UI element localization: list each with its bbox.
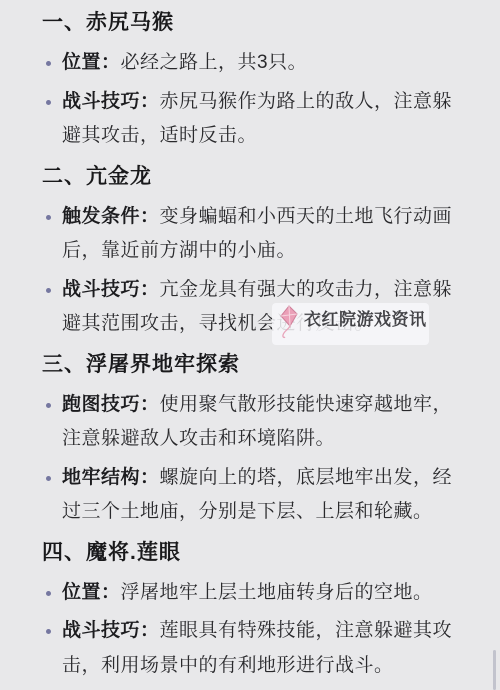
watermark-text: 衣红院游戏资讯 [304,310,427,330]
bullet-dot [46,100,51,105]
bullet-text: 亢金龙具有强大的攻击力，注意躲 [160,279,453,300]
watermark-badge: 衣红院游戏资讯 [272,303,429,345]
bullet-line: 过三个土地庙，分别是下层、上层和轮藏。 [62,495,452,530]
list-item: 位置：浮屠地牢上层土地庙转身后的空地。 [42,576,464,611]
bullet-line: 注意躲避敌人攻击和环境陷阱。 [62,422,452,457]
bullet-label: 位置： [62,52,121,73]
bullet-dot [46,476,51,481]
bullet-text: 浮屠地牢上层土地庙转身后的空地。 [121,582,433,603]
bullet-dot [46,591,51,596]
bullet-text: 必经之路上，共3只。 [121,52,308,73]
bullet-dot [46,288,51,293]
section-heading-4: 四、魔将.莲眼 [42,538,464,568]
list-item: 跑图技巧：使用聚气散形技能快速穿越地牢， 注意躲避敌人攻击和环境陷阱。 [42,388,464,457]
bullet-text: 使用聚气散形技能快速穿越地牢， [160,394,453,415]
bullet-label: 战斗技巧： [62,620,160,641]
bullet-line: 触发条件：变身蝙蝠和小西天的土地飞行动画 [62,200,452,235]
bullet-label: 触发条件： [62,206,160,227]
bullet-line: 后，靠近前方湖中的小庙。 [62,234,452,269]
bullet-dot [46,61,51,66]
bullet-line: 地牢结构：螺旋向上的塔，底层地牢出发，经 [62,461,452,496]
bullet-dot [46,215,51,220]
kite-icon [278,305,300,344]
bullet-label: 地牢结构： [62,467,160,488]
bullet-line: 战斗技巧：亢金龙具有强大的攻击力，注意躲 [62,273,452,308]
list-item: 战斗技巧：莲眼具有特殊技能，注意躲避其攻 击，利用场景中的有利地形进行战斗。 [42,614,464,683]
bullet-label: 战斗技巧： [62,279,160,300]
bullet-text: 螺旋向上的塔，底层地牢出发，经 [160,467,453,488]
list-item: 战斗技巧：赤尻马猴作为路上的敌人，注意躲 避其攻击，适时反击。 [42,85,464,154]
section-heading-3: 三、浮屠界地牢探索 [42,350,464,380]
bullet-line: 位置：浮屠地牢上层土地庙转身后的空地。 [62,576,433,611]
bullet-line: 位置：必经之路上，共3只。 [62,46,307,81]
scrollbar-thumb[interactable] [493,650,496,690]
bullet-label: 跑图技巧： [62,394,160,415]
bullet-dot [46,629,51,634]
list-item: 地牢结构：螺旋向上的塔，底层地牢出发，经 过三个土地庙，分别是下层、上层和轮藏。 [42,461,464,530]
bullet-label: 战斗技巧： [62,91,160,112]
list-item: 触发条件：变身蝙蝠和小西天的土地飞行动画 后，靠近前方湖中的小庙。 [42,200,464,269]
bullet-line: 战斗技巧：莲眼具有特殊技能，注意躲避其攻 [62,614,452,649]
bullet-line: 避其攻击，适时反击。 [62,119,452,154]
bullet-dot [46,403,51,408]
bullet-text: 赤尻马猴作为路上的敌人，注意躲 [160,91,453,112]
bullet-text: 莲眼具有特殊技能，注意躲避其攻 [160,620,453,641]
list-item: 位置：必经之路上，共3只。 [42,46,464,81]
bullet-line: 击，利用场景中的有利地形进行战斗。 [62,649,452,684]
section-heading-2: 二、亢金龙 [42,162,464,192]
bullet-line: 战斗技巧：赤尻马猴作为路上的敌人，注意躲 [62,85,452,120]
bullet-text: 变身蝙蝠和小西天的土地飞行动画 [160,206,453,227]
bullet-line: 跑图技巧：使用聚气散形技能快速穿越地牢， [62,388,452,423]
section-heading-1: 一、赤尻马猴 [42,8,464,38]
bullet-label: 位置： [62,582,121,603]
